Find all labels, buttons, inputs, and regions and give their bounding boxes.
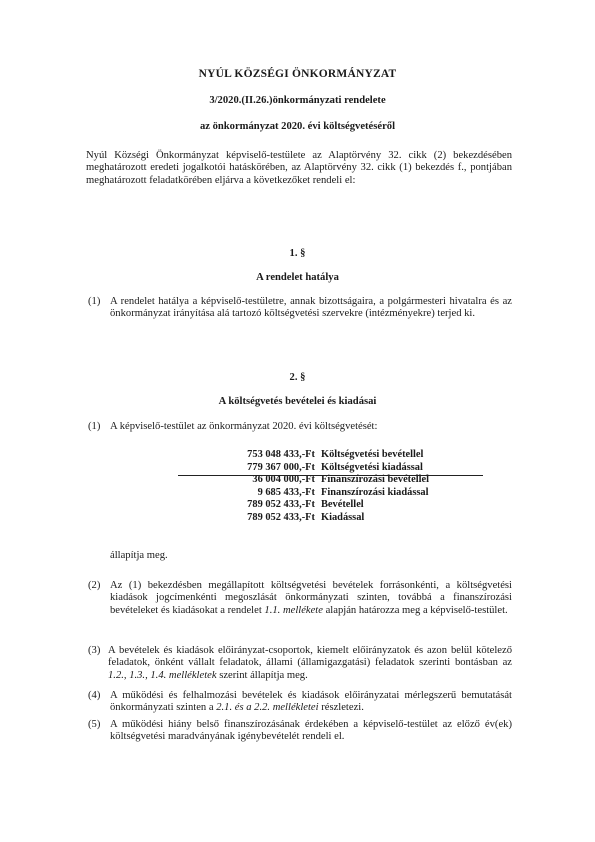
budget-label: Finanszírozási bevétellel xyxy=(321,474,500,487)
budget-label: Kiadással xyxy=(321,512,500,525)
decree-number: 3/2020.(II.26.)önkormányzati rendelete xyxy=(0,95,595,107)
paragraph-number: (2) xyxy=(88,580,100,592)
budget-label: Költségvetési kiadással xyxy=(321,462,500,475)
annex-reference: 1.2., 1.3., 1.4. mellékletek xyxy=(108,670,217,681)
budget-label: Finanszírozási kiadással xyxy=(321,487,500,500)
budget-row: 36 004 000,-Ft Finanszírozási bevétellel xyxy=(230,474,500,487)
section-1-title: A rendelet hatálya xyxy=(0,272,595,284)
paragraph-text: A képviselő-testület az önkormányzat 202… xyxy=(110,421,512,433)
text-segment: A bevételek és kiadások előirányzat-csop… xyxy=(108,645,512,668)
paragraph-text: A bevételek és kiadások előirányzat-csop… xyxy=(108,645,512,682)
budget-label: Költségvetési bevétellel xyxy=(321,449,500,462)
budget-amount: 36 004 000,-Ft xyxy=(230,474,321,487)
paragraph-number: (1) xyxy=(88,421,100,433)
section-1-number: 1. § xyxy=(0,248,595,260)
budget-row: 779 367 000,-Ft Költségvetési kiadással xyxy=(230,462,500,475)
document-title: NYÚL KÖZSÉGI ÖNKORMÁNYZAT xyxy=(0,68,595,80)
paragraph-text: Az (1) bekezdésben megállapított költség… xyxy=(110,580,512,617)
section-2-paragraph-1: (1) A képviselő-testület az önkormányzat… xyxy=(88,421,512,433)
decree-subject: az önkormányzat 2020. évi költségvetésér… xyxy=(0,121,595,133)
text-segment: szerint állapítja meg. xyxy=(217,670,308,681)
budget-amount: 9 685 433,-Ft xyxy=(230,487,321,500)
budget-row: 789 052 433,-Ft Bevétellel xyxy=(230,499,500,512)
preamble: Nyúl Községi Önkormányzat képviselő-test… xyxy=(86,150,512,187)
budget-amount: 789 052 433,-Ft xyxy=(230,512,321,525)
paragraph-number: (5) xyxy=(88,719,100,731)
budget-table: 753 048 433,-Ft Költségvetési bevétellel… xyxy=(230,449,500,525)
section-2-number: 2. § xyxy=(0,372,595,384)
text-segment: részletezi. xyxy=(319,702,364,713)
annex-reference: 2.1. és a 2.2. mellékletei xyxy=(216,702,318,713)
budget-closing: állapítja meg. xyxy=(110,550,168,562)
paragraph-text: A rendelet hatálya a képviselő-testületr… xyxy=(110,296,512,321)
section-2-paragraph-2: (2) Az (1) bekezdésben megállapított köl… xyxy=(88,580,512,617)
section-2-title: A költségvetés bevételei és kiadásai xyxy=(0,396,595,408)
text-segment: alapján határozza meg a képviselő-testül… xyxy=(323,605,508,616)
budget-row: 9 685 433,-Ft Finanszírozási kiadással xyxy=(230,487,500,500)
paragraph-number: (1) xyxy=(88,296,100,308)
paragraph-text: A működési és felhalmozási bevételek és … xyxy=(110,690,512,715)
annex-reference: 1.1. mellékete xyxy=(264,605,323,616)
paragraph-number: (3) xyxy=(88,645,100,657)
section-2-paragraph-5: (5) A működési hiány belső finanszírozás… xyxy=(88,719,512,744)
section-1-paragraph-1: (1) A rendelet hatálya a képviselő-testü… xyxy=(88,296,512,321)
budget-amount: 753 048 433,-Ft xyxy=(230,449,321,462)
section-2-paragraph-4: (4) A működési és felhalmozási bevételek… xyxy=(88,690,512,715)
budget-row: 789 052 433,-Ft Kiadással xyxy=(230,512,500,525)
subtotal-rule xyxy=(178,475,483,476)
budget-amount: 789 052 433,-Ft xyxy=(230,499,321,512)
paragraph-number: (4) xyxy=(88,690,100,702)
budget-amount: 779 367 000,-Ft xyxy=(230,462,321,475)
budget-row: 753 048 433,-Ft Költségvetési bevétellel xyxy=(230,449,500,462)
section-2-paragraph-3: (3) A bevételek és kiadások előirányzat-… xyxy=(88,645,512,682)
paragraph-text: A működési hiány belső finanszírozásának… xyxy=(110,719,512,744)
budget-label: Bevétellel xyxy=(321,499,500,512)
